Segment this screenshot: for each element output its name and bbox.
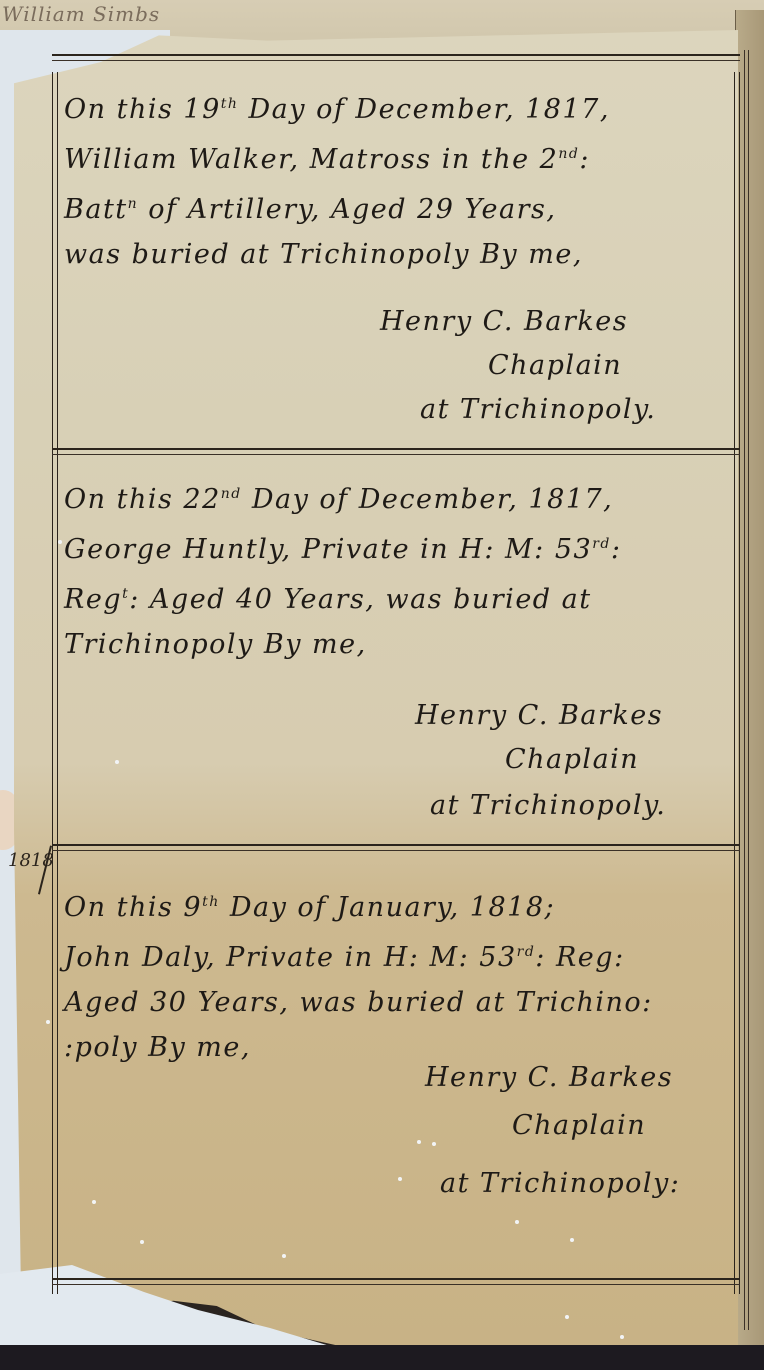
entry-line: was buried at Trichinopoly By me,: [64, 232, 734, 277]
burial-entry-2: On this 22nd Day of December, 1817, Geor…: [64, 472, 734, 667]
next-page-rule: [744, 50, 749, 1330]
frame-left-rule: [52, 72, 58, 1294]
signature-place: at Trichinopoly:: [440, 1168, 680, 1199]
entry-line: George Huntly, Private in H: M: 53rd:: [64, 522, 734, 572]
signature-name: Henry C. Barkes: [380, 306, 628, 337]
paper-speck: [620, 1335, 624, 1339]
signature-title: Chaplain: [505, 744, 639, 775]
paper-speck: [398, 1177, 402, 1181]
entry-line: Trichinopoly By me,: [64, 622, 734, 667]
burial-entry-1: On this 19th Day of December, 1817, Will…: [64, 82, 734, 277]
previous-entry-fragment: William Simbs: [2, 2, 160, 26]
table-surface: [0, 1345, 764, 1370]
paper-speck: [282, 1254, 286, 1258]
paper-speck: [515, 1220, 519, 1224]
paper-speck: [58, 540, 62, 544]
paper-speck: [140, 1240, 144, 1244]
entry-divider-1: [52, 448, 740, 455]
entry-divider-2: [52, 844, 740, 851]
burial-entry-3: On this 9th Day of January, 1818; John D…: [64, 880, 734, 1070]
signature-name: Henry C. Barkes: [425, 1062, 673, 1093]
entry-line: John Daly, Private in H: M: 53rd: Reg:: [64, 930, 734, 980]
signature-name: Henry C. Barkes: [415, 700, 663, 731]
paper-speck: [417, 1140, 421, 1144]
entry-line: On this 22nd Day of December, 1817,: [64, 472, 734, 522]
document-photo: William Simbs 1818 On this 19th Day of D…: [0, 0, 764, 1370]
frame-right-rule: [734, 72, 740, 1294]
signature-title: Chaplain: [512, 1110, 646, 1141]
paper-speck: [92, 1200, 96, 1204]
paper-speck: [570, 1238, 574, 1242]
paper-speck: [565, 1315, 569, 1319]
frame-top-rule: [52, 54, 740, 61]
signature-title: Chaplain: [488, 350, 622, 381]
paper-speck: [115, 760, 119, 764]
paper-speck: [46, 1020, 50, 1024]
frame-bottom-rule: [52, 1278, 740, 1285]
entry-line: On this 19th Day of December, 1817,: [64, 82, 734, 132]
paper-speck: [432, 1142, 436, 1146]
signature-place: at Trichinopoly.: [420, 394, 656, 425]
signature-place: at Trichinopoly.: [430, 790, 666, 821]
entry-line: Regt: Aged 40 Years, was buried at: [64, 572, 734, 622]
entry-line: Aged 30 Years, was buried at Trichino:: [64, 980, 734, 1025]
entry-line: Battn of Artillery, Aged 29 Years,: [64, 182, 734, 232]
entry-line: William Walker, Matross in the 2nd:: [64, 132, 734, 182]
entry-line: On this 9th Day of January, 1818;: [64, 880, 734, 930]
